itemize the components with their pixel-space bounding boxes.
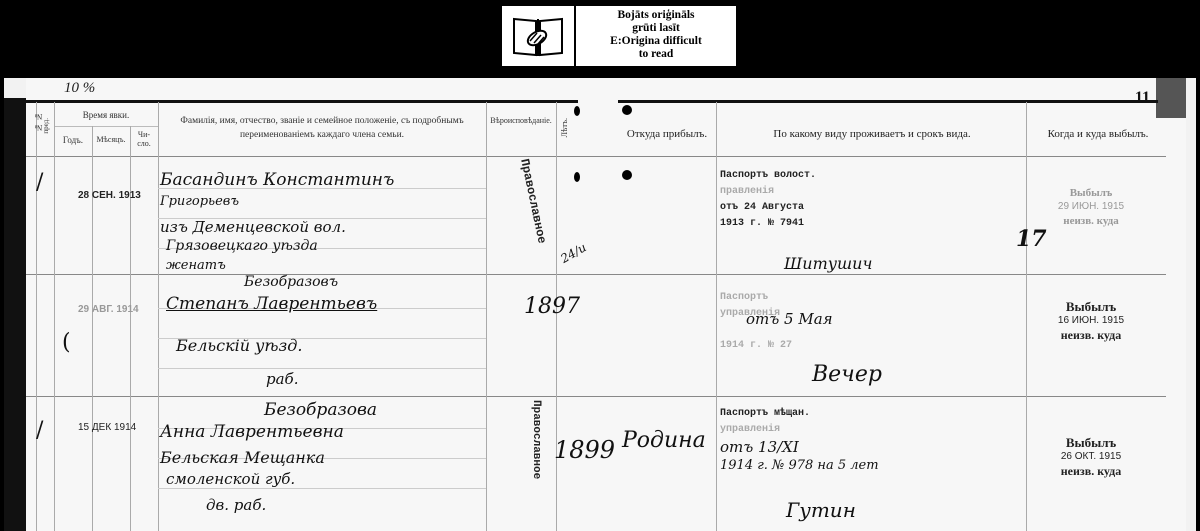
row-divider xyxy=(26,396,1166,397)
row-divider xyxy=(26,274,1166,275)
header-month: Мѣсяцъ. xyxy=(92,135,130,144)
stamp-left-where: неизв. куда xyxy=(1036,214,1146,228)
top-rule-left xyxy=(26,100,578,103)
name-line: Бельская Мещанка xyxy=(160,448,325,467)
name-line: смоленской губ. xyxy=(166,470,295,488)
margin-note: 10 % xyxy=(64,80,95,97)
religion-stamp: Православное xyxy=(530,400,542,479)
page-edge xyxy=(4,98,26,531)
name-line: Степанъ Лаврентьевъ xyxy=(166,294,377,314)
stamp-left-label: Выбылъ xyxy=(1036,186,1146,200)
col-line xyxy=(486,102,487,531)
signature: Вечер xyxy=(812,362,882,387)
document-line: отъ 13/XI xyxy=(720,438,799,456)
stamp-left-date: 29 ИЮН. 1915 xyxy=(1036,200,1146,214)
damaged-book-icon xyxy=(502,6,576,66)
binding-hole xyxy=(574,106,580,116)
binding-hole xyxy=(622,170,632,180)
extra-mark: 17 xyxy=(1016,226,1047,252)
name-line: изъ Деменцевской вол. xyxy=(160,218,346,236)
col-line xyxy=(92,126,93,531)
stamp-left-label: Выбылъ xyxy=(1036,300,1146,314)
name-rule xyxy=(158,368,486,369)
notice-line: E:Origina difficult xyxy=(576,35,736,48)
age: 1899 xyxy=(554,436,615,464)
header-document: По какому виду проживаетъ и срокъ вида. xyxy=(718,128,1026,140)
name-line: женатъ xyxy=(166,258,226,273)
col-line xyxy=(158,102,159,531)
stamp-left-where: неизв. куда xyxy=(1036,464,1146,478)
document-line: 1913 г. № 7941 xyxy=(720,218,804,229)
religion-stamp: Православное xyxy=(517,157,549,244)
header-when-left: Когда и куда выбылъ. xyxy=(1028,128,1168,140)
col-line xyxy=(36,102,37,531)
departure-stamp: Выбылъ 29 ИЮН. 1915 неизв. куда xyxy=(1036,186,1146,228)
header-day: Чи-сло. xyxy=(132,130,156,148)
name-line: раб. xyxy=(266,370,298,388)
register-sheet: 10 % 11 xyxy=(26,78,1186,531)
age: 24/и xyxy=(558,240,588,266)
name-line: дв. раб. xyxy=(206,496,266,514)
subheader-divider xyxy=(54,126,158,127)
header-divider xyxy=(26,156,1166,157)
notice-line: Bojāts oriģināls xyxy=(576,9,736,22)
stamp-left-label: Выбылъ xyxy=(1036,436,1146,450)
arrival-date: 15 ДЕК 1914 xyxy=(78,422,136,433)
name-rule xyxy=(158,488,486,489)
document-line: Паспортъ xyxy=(720,292,768,303)
departure-stamp: Выбылъ 16 ИЮН. 1915 неизв. куда xyxy=(1036,300,1146,342)
arrival-date: 29 АВГ. 1914 xyxy=(78,304,139,315)
stamp-left-where: неизв. куда xyxy=(1036,328,1146,342)
name-line: Безобразова xyxy=(264,400,377,420)
name-line: Басандинъ Константинъ xyxy=(160,170,394,190)
notice-line: grūti lasīt xyxy=(576,22,736,35)
document-line: управленія xyxy=(720,424,780,435)
age: 1897 xyxy=(524,294,580,319)
header-name-column: Фамилія, имя, отчество, званіе и семейно… xyxy=(166,114,478,142)
binding-hole xyxy=(622,105,632,115)
page-number: 11 xyxy=(1135,89,1150,107)
name-line: Грязовецкаго уѣзда xyxy=(166,238,318,254)
col-line xyxy=(54,102,55,531)
name-line: Анна Лаврентьевна xyxy=(160,422,344,442)
entry-mark: ( xyxy=(62,330,71,355)
header-sheet: пред. xyxy=(42,118,52,134)
document-line: Паспортъ волост. xyxy=(720,170,816,181)
header-from-where: Откуда прибылъ. xyxy=(618,128,716,140)
document-line: отъ 24 Августа xyxy=(720,202,804,213)
signature: Гутин xyxy=(786,498,856,522)
header-religion: Вѣроисповѣданіе. xyxy=(490,116,552,125)
stamp-left-date: 16 ИЮН. 1915 xyxy=(1036,314,1146,328)
header-year: Годъ. xyxy=(54,135,92,145)
signature: Шитушич xyxy=(784,254,872,273)
name-line: Бельскій уѣзд. xyxy=(176,336,303,355)
document-line: 1914 г. № 27 xyxy=(720,340,792,351)
entry-mark: / xyxy=(36,170,43,195)
header-arrival-time: Время явки. xyxy=(54,110,158,120)
register-page: 10 % 11 xyxy=(4,78,1196,531)
document-line: Паспортъ мѣщан. xyxy=(720,408,810,419)
document-line: правленія xyxy=(720,186,774,197)
stamp-left-date: 26 ОКТ. 1915 xyxy=(1036,450,1146,464)
col-line xyxy=(130,126,131,531)
entry-mark: / xyxy=(36,418,43,443)
binding-hole xyxy=(574,172,580,182)
name-line: Безобразовъ xyxy=(244,274,338,290)
document-line: 1914 г. № 978 на 5 лет xyxy=(720,458,879,473)
col-line xyxy=(1026,102,1027,531)
col-line xyxy=(716,102,717,531)
damaged-original-notice: Bojāts oriģināls grūti lasīt E:Origina d… xyxy=(500,4,738,68)
header-age: Лѣтъ. xyxy=(560,118,572,137)
name-line: Григорьевъ xyxy=(160,194,239,209)
document-line: отъ 5 Мая xyxy=(746,310,833,328)
notice-line: to read xyxy=(576,48,736,61)
torn-corner xyxy=(1156,78,1186,118)
from-where: Родина xyxy=(622,428,706,453)
top-rule-right xyxy=(618,100,1158,103)
departure-stamp: Выбылъ 26 ОКТ. 1915 неизв. куда xyxy=(1036,436,1146,478)
arrival-date: 28 СЕН. 1913 xyxy=(78,190,141,201)
